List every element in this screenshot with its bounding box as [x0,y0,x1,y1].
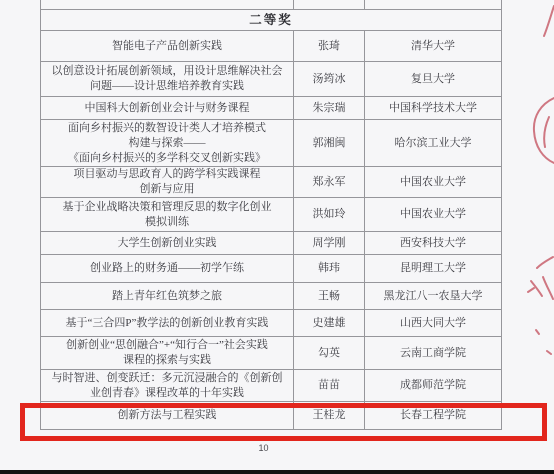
scanned-document-page: 二等奖 智能电子产品创新实践 张琦 清华大学 以创意设计拓展创新领域，用设计思维… [0,0,554,474]
red-highlight-box [20,403,547,441]
